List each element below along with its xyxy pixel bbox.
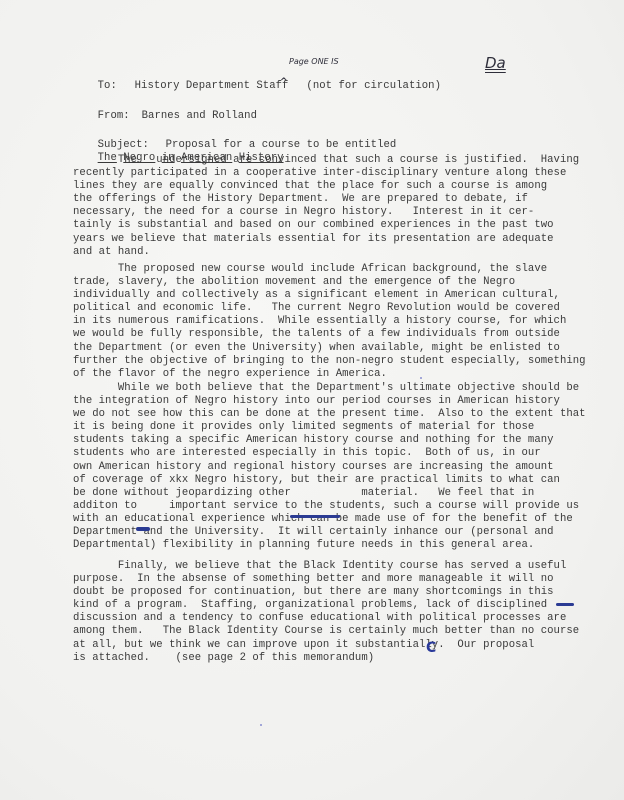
text-line: the Department (or even the University) … bbox=[73, 342, 593, 355]
text-line: necessary, the need for a course in Negr… bbox=[73, 206, 593, 219]
text-line: political and economic life. The current… bbox=[73, 302, 593, 315]
handwritten-page-note: Page ONE IS bbox=[289, 57, 339, 66]
text-line: students who are interested especially i… bbox=[73, 447, 593, 460]
text-line: among them. The Black Identity Course is… bbox=[73, 625, 593, 638]
text-line: we do not see how this can be done at th… bbox=[73, 408, 593, 421]
text-line: further the objective of bringing to the… bbox=[73, 355, 593, 368]
text-line: and at hand. bbox=[73, 246, 593, 259]
text-line: we would be fully responsible, the talen… bbox=[73, 328, 593, 341]
to-note: (not for circulation) bbox=[306, 80, 441, 92]
text-line: trade, slavery, the abolition movement a… bbox=[73, 276, 593, 289]
pen-strikethrough-end-line bbox=[556, 603, 574, 606]
text-line: The undersigned are convinced that such … bbox=[73, 154, 593, 167]
paragraph-4: Finally, we believe that the Black Ident… bbox=[73, 560, 593, 665]
text-line: the offerings of the History Department.… bbox=[73, 193, 593, 206]
text-line: years we believe that materials essentia… bbox=[73, 233, 593, 246]
text-line: Departmental) flexibility in planning fu… bbox=[73, 539, 593, 552]
text-line: at all, but we think we can improve upon… bbox=[73, 639, 593, 652]
subject-label: Subject: bbox=[98, 139, 166, 152]
to-label: To: bbox=[98, 80, 135, 93]
text-line: is attached. (see page 2 of this memoran… bbox=[73, 652, 593, 665]
ink-speck bbox=[420, 377, 422, 379]
text-line: students taking a specific American hist… bbox=[73, 434, 593, 447]
text-line: Department and the University. It will c… bbox=[73, 526, 593, 539]
text-line: The proposed new course would include Af… bbox=[73, 263, 593, 276]
text-line: Finally, we believe that the Black Ident… bbox=[73, 560, 593, 573]
text-line: recently participated in a cooperative i… bbox=[73, 167, 593, 180]
text-line: purpose. In the absense of something bet… bbox=[73, 573, 593, 586]
paragraph-1: The undersigned are convinced that such … bbox=[73, 154, 593, 259]
text-line: While we both believe that the Departmen… bbox=[73, 382, 593, 395]
ink-speck bbox=[260, 724, 262, 726]
text-line: of the flavor of the negro experience in… bbox=[73, 368, 593, 381]
text-line: of coverage of xkx Negro history, but th… bbox=[73, 474, 593, 487]
handwritten-corner-mark: Da bbox=[485, 54, 506, 72]
paragraph-2: The proposed new course would include Af… bbox=[73, 263, 593, 381]
text-line: individually and collectively as a signi… bbox=[73, 289, 593, 302]
text-line: it is being done it provides only limite… bbox=[73, 421, 593, 434]
text-line: discussion and a tendency to confuse edu… bbox=[73, 612, 593, 625]
text-line: lines they are equally convinced that th… bbox=[73, 180, 593, 193]
from-value: Barnes and Rolland bbox=[142, 110, 257, 122]
ink-speck bbox=[242, 360, 244, 362]
pen-strikethrough-important bbox=[290, 515, 340, 518]
text-line: the integration of Negro history into ou… bbox=[73, 395, 593, 408]
text-line: kind of a program. Staffing, organizatio… bbox=[73, 599, 593, 612]
text-line: doubt be proposed for continuation, but … bbox=[73, 586, 593, 599]
text-line: additon to important service to the stud… bbox=[73, 500, 593, 513]
subject-value: Proposal for a course to be entitled bbox=[166, 139, 397, 151]
text-line: own American history and regional histor… bbox=[73, 461, 593, 474]
to-value: History Department Staff bbox=[135, 80, 289, 92]
from-label: From: bbox=[98, 110, 142, 123]
pen-correction-o: C bbox=[426, 640, 436, 656]
pen-strikethrough-the bbox=[136, 527, 150, 531]
text-line: in its numerous ramifications. While ess… bbox=[73, 315, 593, 328]
text-line: tainly is substantial and based on our c… bbox=[73, 219, 593, 232]
memo-page: Page ONE IS ^ Da To:History Department S… bbox=[0, 0, 624, 800]
text-line: be done without jeopardizing other mater… bbox=[73, 487, 593, 500]
paragraph-3: While we both believe that the Departmen… bbox=[73, 382, 593, 552]
